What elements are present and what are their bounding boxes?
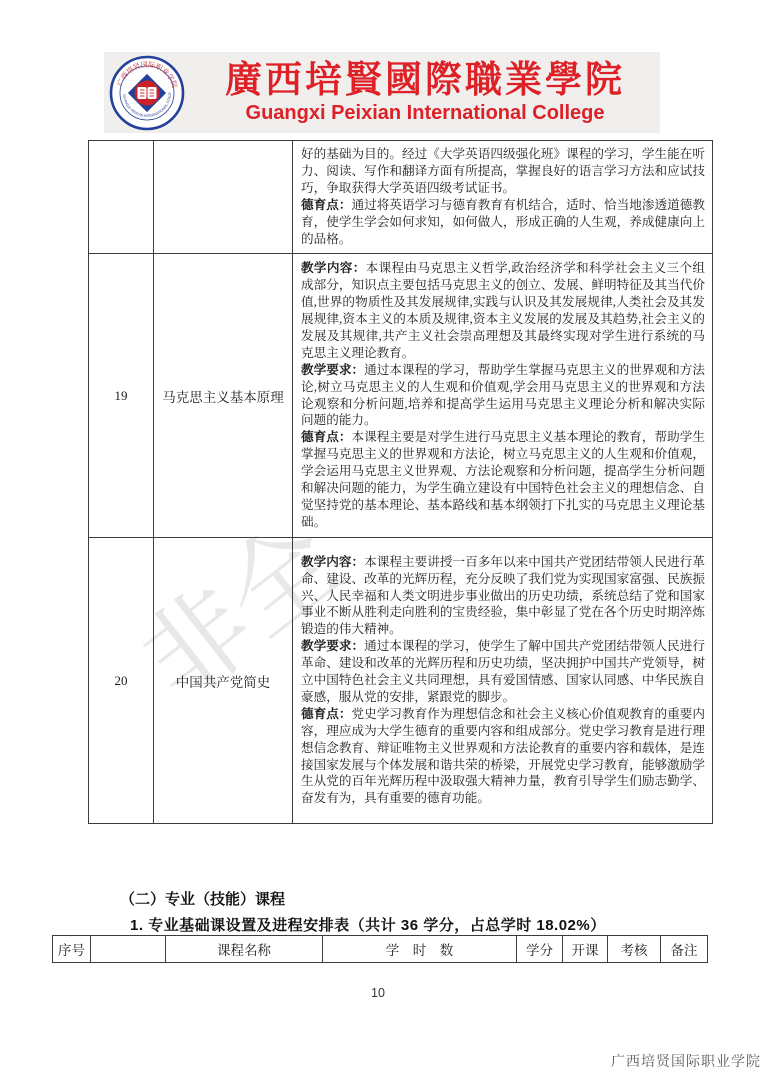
college-logo: 广西培贤国际职业学院 GUANGXI PEIXIAN INTERNATIONAL… — [104, 55, 190, 131]
page-number: 10 — [0, 986, 756, 1000]
college-name-block: 廣西培賢國際職業學院 Guangxi Peixian International… — [190, 62, 660, 123]
course-desc-cell: 教学内容：本课程由马克思主义哲学,政治经济学和科学社会主义三个组成部分，知识点主… — [293, 254, 713, 538]
course-name-cell: 马克思主义基本原理 — [154, 254, 293, 538]
document-page: { "header": { "college_name_zh": "廣西培賢國際… — [0, 0, 764, 1080]
paragraph: 教学要求：通过本课程的学习，使学生了解中国共产党团结带领人民进行革命、建设和改革… — [301, 638, 705, 706]
header-cell-credits: 学分 — [517, 936, 563, 963]
course-desc-cell: 教学内容：本课程主要讲授一百多年以来中国共产党团结带领人民进行革命、建设、改革的… — [293, 538, 713, 824]
paragraph: 德育点：通过将英语学习与德育教育有机结合，适时、恰当地渗透道德教育，使学生学会如… — [301, 197, 705, 248]
seq-cell: 20 — [89, 538, 154, 824]
course-name-cell — [154, 141, 293, 254]
header-cell-term: 开课 — [563, 936, 608, 963]
header-cell-remarks: 备注 — [661, 936, 708, 963]
header-cell-seq: 序号 — [53, 936, 91, 963]
header-cell-blank — [91, 936, 166, 963]
paragraph: 教学内容：本课程由马克思主义哲学,政治经济学和科学社会主义三个组成部分，知识点主… — [301, 260, 705, 361]
college-name-en: Guangxi Peixian International College — [246, 103, 605, 123]
seq-cell: 19 — [89, 254, 154, 538]
paragraph: 教学内容：本课程主要讲授一百多年以来中国共产党团结带领人民进行革命、建设、改革的… — [301, 554, 705, 639]
college-header-banner: 广西培贤国际职业学院 GUANGXI PEIXIAN INTERNATIONAL… — [104, 52, 660, 133]
header-cell-hours: 学 时 数 — [323, 936, 517, 963]
course-name-cell: 中国共产党简史 — [154, 538, 293, 824]
table-row-19: 19 马克思主义基本原理 教学内容：本课程由马克思主义哲学,政治经济学和科学社会… — [89, 254, 713, 538]
course-desc-cell: 好的基础为目的。经过《大学英语四级强化班》课程的学习，学生能在听力、阅读、写作和… — [293, 141, 713, 254]
paragraph: 教学要求：通过本课程的学习，帮助学生掌握马克思主义的世界观和方法论,树立马克思主… — [301, 362, 705, 430]
table-row-20: 20 中国共产党简史 教学内容：本课程主要讲授一百多年以来中国共产党团结带领人民… — [89, 538, 713, 824]
corner-watermark: 广西培贤国际职业学院 — [611, 1051, 761, 1071]
paragraph: 德育点：党史学习教育作为理想信念和社会主义核心价值观教育的重要内容，理应成为大学… — [301, 706, 705, 807]
schedule-header-row: 序号 课程名称 学 时 数 学分 开课 考核 备注 — [53, 936, 708, 963]
paragraph: 德育点：本课程主要是对学生进行马克思主义基本理论的教育，帮助学生掌握马克思主义的… — [301, 429, 705, 530]
paragraph: 好的基础为目的。经过《大学英语四级强化班》课程的学习，学生能在听力、阅读、写作和… — [301, 146, 705, 197]
schedule-table: 序号 课程名称 学 时 数 学分 开课 考核 备注 — [52, 935, 708, 963]
section-heading: （二）专业（技能）课程 — [120, 888, 285, 909]
subsection-heading: 1. 专业基础课设置及进程安排表（共计 36 学分，占总学时 18.02%） — [130, 914, 606, 935]
college-logo-icon: 广西培贤国际职业学院 GUANGXI PEIXIAN INTERNATIONAL… — [109, 55, 185, 131]
header-cell-course-name: 课程名称 — [166, 936, 323, 963]
seq-cell — [89, 141, 154, 254]
course-description-table: 好的基础为目的。经过《大学英语四级强化班》课程的学习，学生能在听力、阅读、写作和… — [88, 140, 713, 824]
college-name-zh: 廣西培賢國際職業學院 — [225, 62, 625, 99]
table-row-continued: 好的基础为目的。经过《大学英语四级强化班》课程的学习，学生能在听力、阅读、写作和… — [89, 141, 713, 254]
header-cell-assessment: 考核 — [608, 936, 661, 963]
